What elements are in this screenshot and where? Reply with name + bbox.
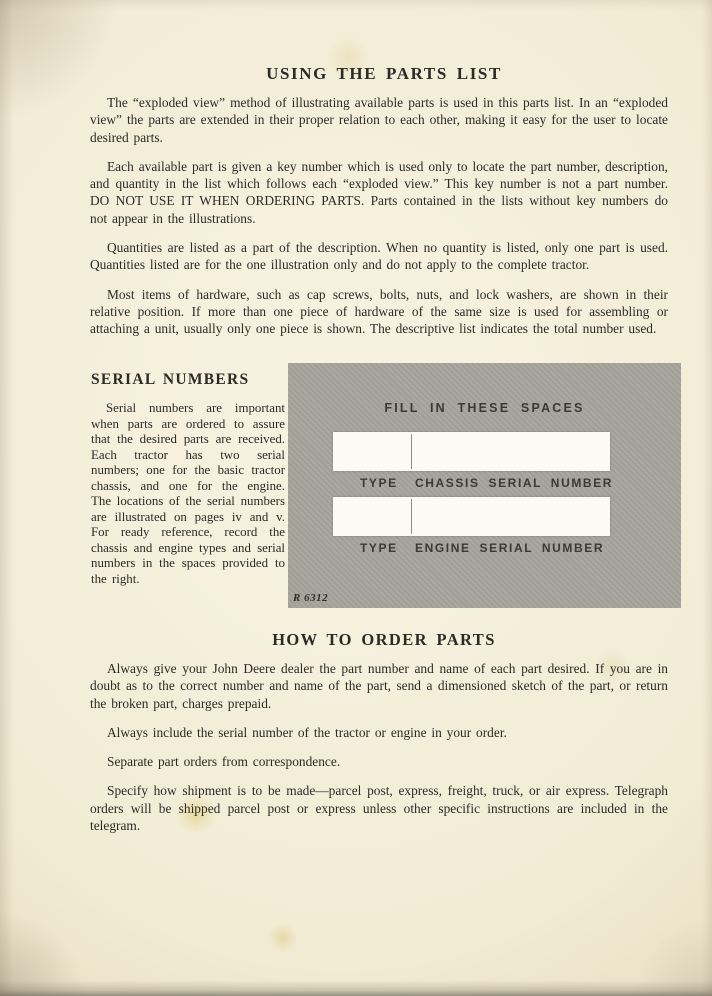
engine-serial-field	[333, 497, 610, 536]
type-label: TYPE	[360, 541, 398, 555]
figure-number: R 6312	[293, 592, 328, 604]
order-paragraph: Always give your John Deere dealer the p…	[90, 660, 668, 712]
chassis-serial-number-label: CHASSIS SERIAL NUMBER	[415, 476, 613, 490]
using-parts-list-section: The “exploded view” method of illustrati…	[90, 94, 668, 350]
field-divider	[411, 499, 412, 534]
order-paragraph: Separate part orders from correspondence…	[90, 753, 668, 770]
page-title: USING THE PARTS LIST	[90, 64, 678, 84]
scanned-manual-page: USING THE PARTS LIST The “exploded view”…	[0, 0, 712, 996]
intro-paragraph: Most items of hardware, such as cap scre…	[90, 286, 668, 338]
field-divider	[411, 434, 412, 469]
serial-numbers-paragraph: Serial numbers are important when parts …	[91, 401, 285, 587]
serial-numbers-heading: SERIAL NUMBERS	[91, 371, 249, 389]
chassis-serial-field	[333, 432, 610, 471]
intro-paragraph: The “exploded view” method of illustrati…	[90, 94, 668, 146]
type-label: TYPE	[360, 476, 398, 490]
serial-number-fill-in-figure: FILL IN THESE SPACES TYPE CHASSIS SERIAL…	[288, 363, 681, 608]
how-to-order-heading: HOW TO ORDER PARTS	[90, 630, 678, 650]
intro-paragraph: Each available part is given a key numbe…	[90, 158, 668, 227]
order-paragraph: Always include the serial number of the …	[90, 724, 668, 741]
figure-caption: FILL IN THESE SPACES	[288, 401, 681, 415]
order-paragraph: Specify how shipment is to be made—parce…	[90, 782, 668, 834]
intro-paragraph: Quantities are listed as a part of the d…	[90, 239, 668, 274]
how-to-order-section: Always give your John Deere dealer the p…	[90, 660, 668, 846]
engine-serial-number-label: ENGINE SERIAL NUMBER	[415, 541, 604, 555]
